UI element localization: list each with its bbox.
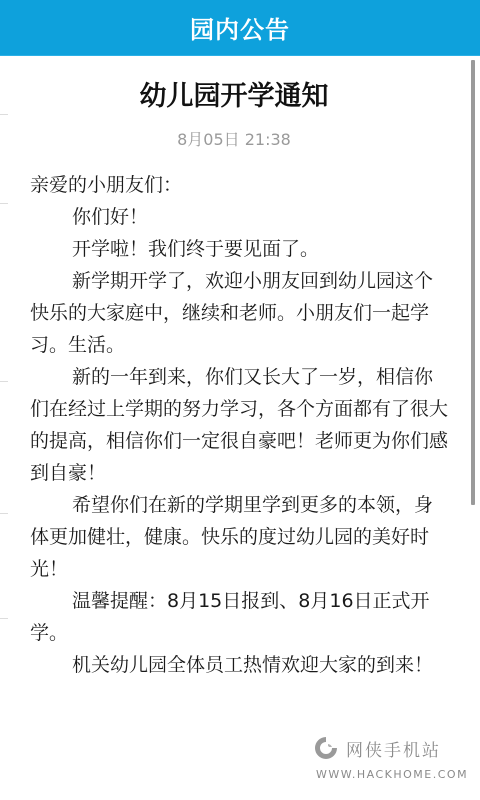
article-body: 亲爱的小朋友们： 你们好！ 开学啦！我们终于要见面了。 新学期开学了，欢迎小朋友… bbox=[0, 169, 468, 681]
header-title: 园内公告 bbox=[190, 10, 290, 45]
edge-divider bbox=[0, 618, 8, 619]
paragraph: 新的一年到来，你们又长大了一岁，相信你们在经过上学期的努力学习，各个方面都有了很… bbox=[30, 361, 450, 489]
paragraph: 开学啦！我们终于要见面了。 bbox=[30, 233, 450, 265]
article-date: 8月05日 21:38 bbox=[0, 127, 468, 150]
article-title: 幼儿园开学通知 bbox=[0, 74, 468, 114]
edge-divider bbox=[0, 203, 8, 204]
paragraph-greeting: 亲爱的小朋友们： bbox=[30, 169, 450, 201]
edge-divider bbox=[0, 513, 8, 514]
article-content[interactable]: 幼儿园开学通知 8月05日 21:38 亲爱的小朋友们： 你们好！ 开学啦！我们… bbox=[0, 56, 468, 800]
app-header: 园内公告 bbox=[0, 0, 480, 56]
edge-divider bbox=[0, 114, 8, 115]
paragraph-reminder: 温馨提醒：8月15日报到、8月16日正式开学。 bbox=[30, 585, 450, 649]
paragraph: 新学期开学了，欢迎小朋友回到幼儿园这个快乐的大家庭中，继续和老师。小朋友们一起学… bbox=[30, 265, 450, 361]
scrollbar-thumb[interactable] bbox=[471, 60, 475, 505]
paragraph: 希望你们在新的学期里学到更多的本领，身体更加健壮，健康。快乐的度过幼儿园的美好时… bbox=[30, 489, 450, 585]
watermark: 网侠手机站 WWW.HACKHOME.COM bbox=[312, 734, 480, 800]
edge-divider bbox=[0, 381, 8, 382]
paragraph: 你们好！ bbox=[30, 201, 450, 233]
watermark-url: WWW.HACKHOME.COM bbox=[316, 768, 480, 781]
paragraph-closing: 机关幼儿园全体员工热情欢迎大家的到来！ bbox=[30, 649, 450, 681]
watermark-logo-icon bbox=[312, 734, 340, 762]
watermark-name: 网侠手机站 bbox=[346, 736, 441, 761]
